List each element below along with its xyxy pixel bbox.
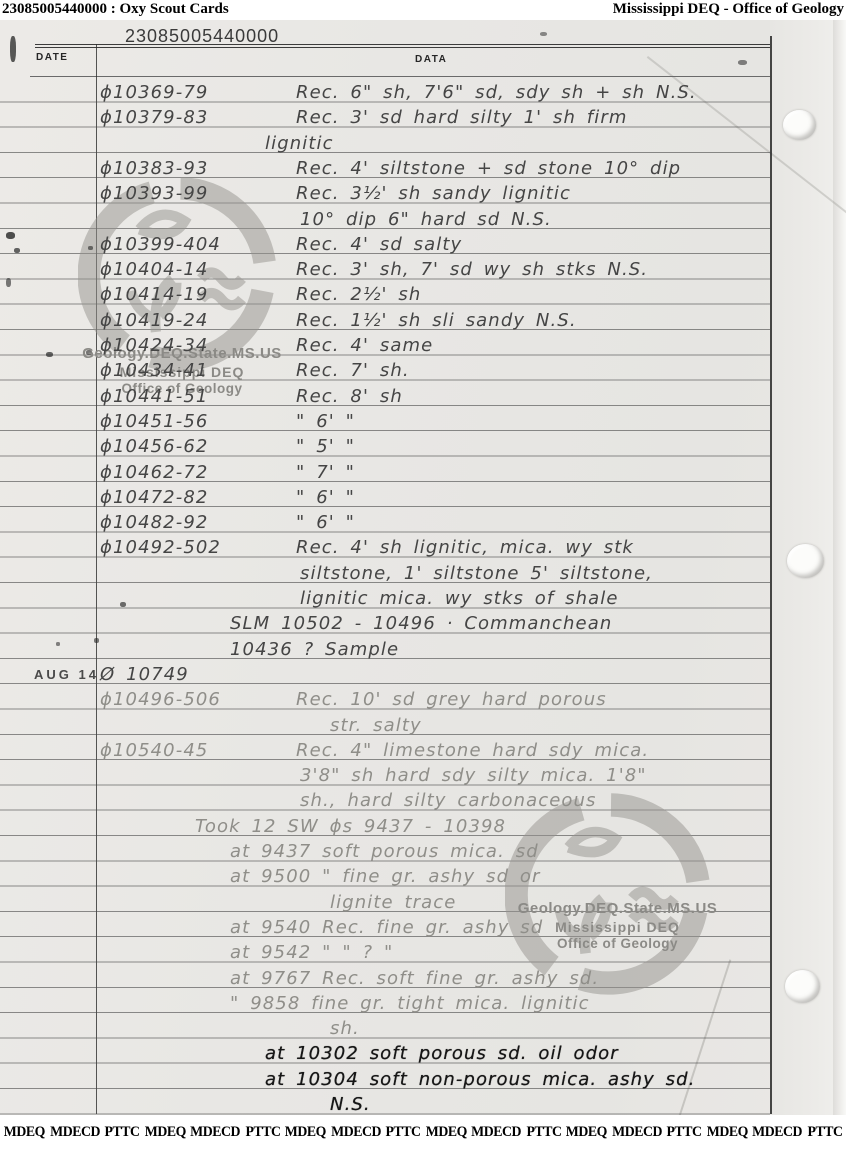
footer-tokens: MDEQMDECDPTTCMDEQMDECDPTTCMDEQMDECDPTTCM…: [2, 1124, 844, 1141]
entry-text: at 9542 " " ? ": [230, 942, 393, 963]
entry-row: AUG 14Ø 10749: [0, 664, 846, 689]
entry-text: Rec. 4' sd salty: [296, 234, 462, 255]
entry-row: ϕ10383-93Rec. 4' siltstone + sd stone 10…: [0, 158, 846, 183]
interval-number: ϕ10393-99: [100, 183, 296, 204]
footer-token: MDECD: [612, 1124, 662, 1141]
entry-text: 3'8" sh hard sdy silty mica. 1'8": [300, 765, 647, 786]
entry-row: at 9500 " fine gr. ashy sd or: [0, 866, 846, 891]
scanned-scout-card: 23085005440000 DATE DATA G: [0, 20, 846, 1115]
interval-number: ϕ10424-34: [100, 335, 296, 356]
entry-text: " 5' ": [296, 436, 355, 457]
footer-token: MDEQ: [4, 1124, 45, 1141]
entry-text: Rec. 6" sh, 7'6" sd, sdy sh + sh N.S.: [296, 82, 697, 103]
interval-number: ϕ10496-506: [100, 689, 296, 710]
footer-token: MDEQ: [144, 1124, 185, 1141]
entry-row: at 10302 soft porous sd. oil odor: [0, 1043, 846, 1068]
entry-row: ϕ10492-502Rec. 4' sh lignitic, mica. wy …: [0, 537, 846, 562]
entry-row: ϕ10404-14Rec. 3' sh, 7' sd wy sh stks N.…: [0, 259, 846, 284]
footer-token: PTTC: [245, 1124, 280, 1141]
entry-text: at 9500 " fine gr. ashy sd or: [230, 866, 541, 887]
entry-text: Rec. 10' sd grey hard porous: [296, 689, 607, 710]
interval-number: ϕ10472-82: [100, 487, 296, 508]
interval-number: ϕ10399-404: [100, 234, 296, 255]
footer-bar: MDEQMDECDPTTCMDEQMDECDPTTCMDEQMDECDPTTCM…: [0, 1115, 846, 1151]
entry-row: ϕ10472-82" 6' ": [0, 487, 846, 512]
entry-row: " 9858 fine gr. tight mica. lignitic: [0, 993, 846, 1018]
interval-number: ϕ10414-19: [100, 284, 296, 305]
entry-text: N.S.: [330, 1094, 371, 1115]
entry-row: at 9437 soft porous mica. sd: [0, 841, 846, 866]
footer-token: MDECD: [191, 1124, 241, 1141]
entry-text: " 6' ": [296, 487, 355, 508]
entry-row: ϕ10462-72" 7' ": [0, 462, 846, 487]
entry-text: Rec. 4' sh lignitic, mica. wy stk: [296, 537, 634, 558]
interval-number: ϕ10369-79: [100, 82, 296, 103]
entry-text: 10436 ? Sample: [230, 639, 399, 660]
footer-token: PTTC: [386, 1124, 421, 1141]
entry-row: ϕ10456-62" 5' ": [0, 436, 846, 461]
footer-token: MDECD: [50, 1124, 100, 1141]
entry-text: SLM 10502 - 10496 · Commanchean: [230, 613, 612, 634]
entry-text: at 9540 Rec. fine gr. ashy sd: [230, 917, 543, 938]
footer-token: MDEQ: [566, 1124, 607, 1141]
entry-text: 10° dip 6" hard sd N.S.: [300, 209, 552, 230]
entry-row: sh.: [0, 1018, 846, 1043]
entry-row: ϕ10482-92" 6' ": [0, 512, 846, 537]
entry-row: ϕ10441-51Rec. 8' sh: [0, 386, 846, 411]
interval-number: ϕ10419-24: [100, 310, 296, 331]
entry-text: at 10302 soft porous sd. oil odor: [265, 1043, 619, 1064]
entry-row: at 9540 Rec. fine gr. ashy sd: [0, 917, 846, 942]
interval-number: ϕ10462-72: [100, 462, 296, 483]
entry-text: at 10304 soft non-porous mica. ashy sd.: [265, 1069, 696, 1090]
entry-row: ϕ10451-56" 6' ": [0, 411, 846, 436]
footer-token: MDECD: [753, 1124, 803, 1141]
entry-row: ϕ10424-34Rec. 4' same: [0, 335, 846, 360]
entry-row: at 9542 " " ? ": [0, 942, 846, 967]
entry-row: siltstone, 1' siltstone 5' siltstone,: [0, 563, 846, 588]
entry-row: SLM 10502 - 10496 · Commanchean: [0, 613, 846, 638]
entry-row: at 9767 Rec. soft fine gr. ashy sd.: [0, 968, 846, 993]
entry-row: 10° dip 6" hard sd N.S.: [0, 209, 846, 234]
entry-row: N.S.: [0, 1094, 846, 1115]
window-header: 23085005440000 : Oxy Scout Cards Mississ…: [0, 0, 846, 20]
footer-token: PTTC: [105, 1124, 140, 1141]
date-stamp: AUG 14: [34, 667, 99, 682]
entry-row: ϕ10393-99Rec. 3½' sh sandy lignitic: [0, 183, 846, 208]
entry-text: lignite trace: [330, 892, 456, 913]
agency-title: Mississippi DEQ - Office of Geology: [613, 1, 844, 18]
entry-text: " 9858 fine gr. tight mica. lignitic: [230, 993, 590, 1014]
entry-text: siltstone, 1' siltstone 5' siltstone,: [300, 563, 653, 584]
interval-number: ϕ10379-83: [100, 107, 296, 128]
document-title: 23085005440000 : Oxy Scout Cards: [2, 1, 229, 18]
footer-token: MDECD: [472, 1124, 522, 1141]
entry-row: ϕ10379-83Rec. 3' sd hard silty 1' sh fir…: [0, 107, 846, 132]
entry-row: Took 12 SW ϕs 9437 - 10398: [0, 816, 846, 841]
punch-hole: [785, 970, 820, 1003]
interval-number: ϕ10441-51: [100, 386, 296, 407]
entry-text: at 9767 Rec. soft fine gr. ashy sd.: [230, 968, 599, 989]
entry-text: sh., hard silty carbonaceous: [300, 790, 597, 811]
entry-row: ϕ10369-79Rec. 6" sh, 7'6" sd, sdy sh + s…: [0, 82, 846, 107]
entry-text: str. salty: [330, 715, 422, 736]
entry-text: lignitic mica. wy stks of shale: [300, 588, 619, 609]
punch-hole: [787, 544, 824, 578]
entry-text: Rec. 4" limestone hard sdy mica.: [296, 740, 649, 761]
entry-text: Rec. 7' sh.: [296, 360, 410, 381]
entry-row: lignitic mica. wy stks of shale: [0, 588, 846, 613]
entry-text: Rec. 1½' sh sli sandy N.S.: [296, 310, 577, 331]
interval-number: ϕ10456-62: [100, 436, 296, 457]
interval-number: ϕ10383-93: [100, 158, 296, 179]
entry-row: sh., hard silty carbonaceous: [0, 790, 846, 815]
entry-text: Took 12 SW ϕs 9437 - 10398: [195, 816, 506, 837]
footer-token: PTTC: [667, 1124, 702, 1141]
entry-text: at 9437 soft porous mica. sd: [230, 841, 539, 862]
punch-hole: [783, 110, 816, 140]
entry-text: " 7' ": [296, 462, 355, 483]
entry-row: lignite trace: [0, 892, 846, 917]
interval-number: ϕ10540-45: [100, 740, 296, 761]
entry-row: str. salty: [0, 715, 846, 740]
entry-text: Rec. 3' sh, 7' sd wy sh stks N.S.: [296, 259, 648, 280]
entry-text: Rec. 4' siltstone + sd stone 10° dip: [296, 158, 681, 179]
entry-text: Rec. 3' sd hard silty 1' sh firm: [296, 107, 627, 128]
entry-text: lignitic: [265, 133, 334, 154]
interval-number: ϕ10482-92: [100, 512, 296, 533]
interval-number: Ø 10749: [100, 664, 296, 685]
interval-number: ϕ10451-56: [100, 411, 296, 432]
entry-row: 3'8" sh hard sdy silty mica. 1'8": [0, 765, 846, 790]
entries-layer: ϕ10369-79Rec. 6" sh, 7'6" sd, sdy sh + s…: [0, 20, 846, 1115]
entry-text: Rec. 8' sh: [296, 386, 403, 407]
footer-token: PTTC: [807, 1124, 842, 1141]
entry-row: 10436 ? Sample: [0, 639, 846, 664]
entry-text: " 6' ": [296, 512, 355, 533]
entry-text: " 6' ": [296, 411, 355, 432]
entry-row: at 10304 soft non-porous mica. ashy sd.: [0, 1069, 846, 1094]
interval-number: ϕ10434-41: [100, 360, 296, 381]
entry-row: ϕ10496-506Rec. 10' sd grey hard porous: [0, 689, 846, 714]
entry-row: ϕ10399-404Rec. 4' sd salty: [0, 234, 846, 259]
entry-text: Rec. 2½' sh: [296, 284, 421, 305]
entry-row: lignitic: [0, 133, 846, 158]
entry-text: Rec. 3½' sh sandy lignitic: [296, 183, 571, 204]
footer-token: PTTC: [526, 1124, 561, 1141]
entry-row: ϕ10414-19Rec. 2½' sh: [0, 284, 846, 309]
entry-row: ϕ10434-41Rec. 7' sh.: [0, 360, 846, 385]
entry-text: Rec. 4' same: [296, 335, 433, 356]
footer-token: MDECD: [331, 1124, 381, 1141]
footer-token: MDEQ: [425, 1124, 466, 1141]
interval-number: ϕ10404-14: [100, 259, 296, 280]
entry-text: sh.: [330, 1018, 360, 1039]
footer-token: MDEQ: [706, 1124, 747, 1141]
interval-number: ϕ10492-502: [100, 537, 296, 558]
footer-token: MDEQ: [285, 1124, 326, 1141]
entry-row: ϕ10419-24Rec. 1½' sh sli sandy N.S.: [0, 310, 846, 335]
entry-row: ϕ10540-45Rec. 4" limestone hard sdy mica…: [0, 740, 846, 765]
